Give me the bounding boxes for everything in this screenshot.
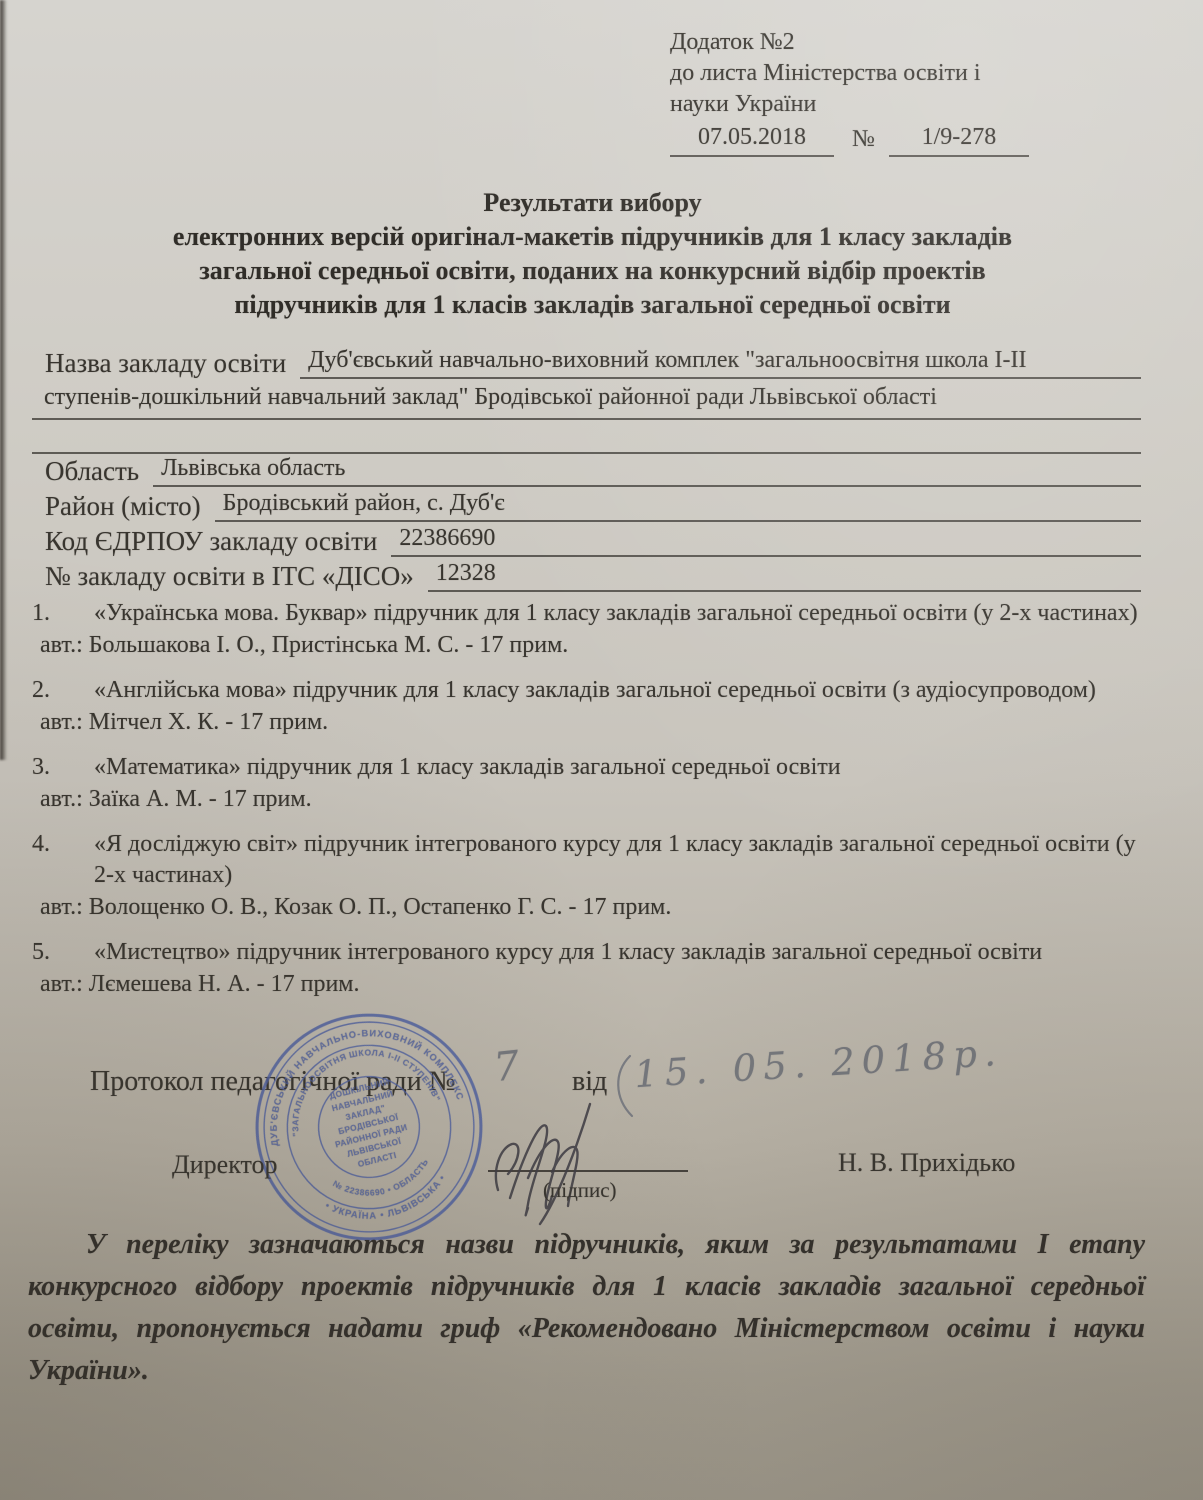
document-sheet: Додаток №2 до листа Міністерства освіти … [0, 0, 1203, 1500]
institution-label: Назва закладу освіти [45, 348, 300, 379]
district-label: Район (місто) [45, 491, 215, 522]
appendix-header: Додаток №2 до листа Міністерства освіти … [670, 27, 1029, 157]
appendix-line2: до листа Міністерства освіти і [670, 58, 1029, 89]
edrpou-value: 22386690 [391, 525, 1141, 557]
protocol-date-handwritten: 15. 05. 2018р. [633, 1031, 1004, 1096]
title-line-4: підручників для 1 класів закладів загаль… [40, 288, 1145, 322]
book-authors: авт.: Волощенко О. В., Козак О. П., Оста… [28, 892, 1147, 923]
district-row: Район (місто) Бродівський район, с. Дуб'… [45, 488, 1141, 522]
title-line-3: загальної середньої освіти, поданих на к… [40, 254, 1145, 288]
book-authors: авт.: Лємешева Н. А. - 17 прим. [28, 969, 1147, 1000]
book-title: «Українська мова. Буквар» підручник для … [94, 600, 1138, 626]
list-item: 1.«Українська мова. Буквар» підручник дл… [28, 598, 1147, 661]
book-authors: авт.: Большакова І. О., Пристінська М. С… [28, 630, 1147, 661]
letter-date-row: 07.05.2018 № 1/9-278 [670, 122, 1029, 157]
list-item: 4.«Я досліджую світ» підручник інтегрова… [28, 829, 1147, 923]
letter-date: 07.05.2018 [670, 122, 834, 157]
item-number: 5. [32, 937, 50, 968]
diso-row: № закладу освіти в ІТС «ДІСО» 12328 [45, 558, 1141, 592]
director-signature [478, 1092, 708, 1227]
item-number: 3. [32, 752, 50, 783]
institution-value-line2: ступенів-дошкільний навчальний заклад" Б… [32, 384, 1141, 420]
protocol-number-handwritten: 7 [492, 1043, 522, 1091]
institution-value-line1: Дуб'євський навчально-виховний комплек "… [300, 347, 1141, 379]
list-item: 2.«Англійська мова» підручник для 1 клас… [28, 675, 1147, 738]
institution-row: Назва закладу освіти Дуб'євський навчаль… [45, 345, 1141, 379]
book-authors: авт.: Заїка А. М. - 17 прим. [28, 784, 1147, 815]
diso-value: 12328 [428, 560, 1141, 592]
appendix-title: Додаток №2 [670, 27, 1029, 58]
book-authors: авт.: Мітчел Х. К. - 17 прим. [28, 707, 1147, 738]
list-item: 3.«Математика» підручник для 1 класу зак… [28, 752, 1147, 815]
region-value: Львівська область [153, 455, 1141, 487]
edrpou-label: Код ЄДРПОУ закладу освіти [45, 526, 391, 557]
signature-caption: (підпис) [543, 1178, 617, 1203]
district-value: Бродівський район, с. Дуб'є [215, 490, 1141, 522]
book-title: «Англійська мова» підручник для 1 класу … [94, 677, 1096, 703]
document-photo: Додаток №2 до листа Міністерства освіти … [0, 0, 1203, 1500]
book-title: «Мистецтво» підручник інтегрованого курс… [94, 939, 1042, 965]
item-number: 2. [32, 675, 50, 706]
diso-label: № закладу освіти в ІТС «ДІСО» [45, 561, 428, 592]
region-label: Область [45, 456, 153, 487]
footnote-paragraph: У переліку зазначаються назви підручникі… [28, 1224, 1145, 1392]
textbook-list: 1.«Українська мова. Буквар» підручник дл… [28, 598, 1147, 1014]
director-name: Н. В. Прихідько [838, 1148, 1015, 1178]
director-label: Директор [172, 1150, 278, 1180]
appendix-line3: науки України [670, 89, 1029, 120]
number-sign: № [852, 124, 875, 157]
region-row: Область Львівська область [45, 453, 1141, 487]
empty-form-line [32, 418, 1141, 454]
title-line-1: Результати вибору [40, 186, 1145, 220]
edrpou-row: Код ЄДРПОУ закладу освіти 22386690 [45, 523, 1141, 557]
book-title: «Математика» підручник для 1 класу закла… [94, 754, 841, 780]
list-item: 5.«Мистецтво» підручник інтегрованого ку… [28, 937, 1147, 1000]
item-number: 1. [32, 598, 50, 629]
letter-number: 1/9-278 [889, 122, 1029, 157]
title-line-2: електронних версій оригінал-макетів підр… [40, 220, 1145, 254]
document-title: Результати вибору електронних версій ори… [40, 186, 1145, 322]
item-number: 4. [32, 829, 50, 860]
book-title: «Я досліджую світ» підручник інтегровано… [94, 831, 1136, 888]
